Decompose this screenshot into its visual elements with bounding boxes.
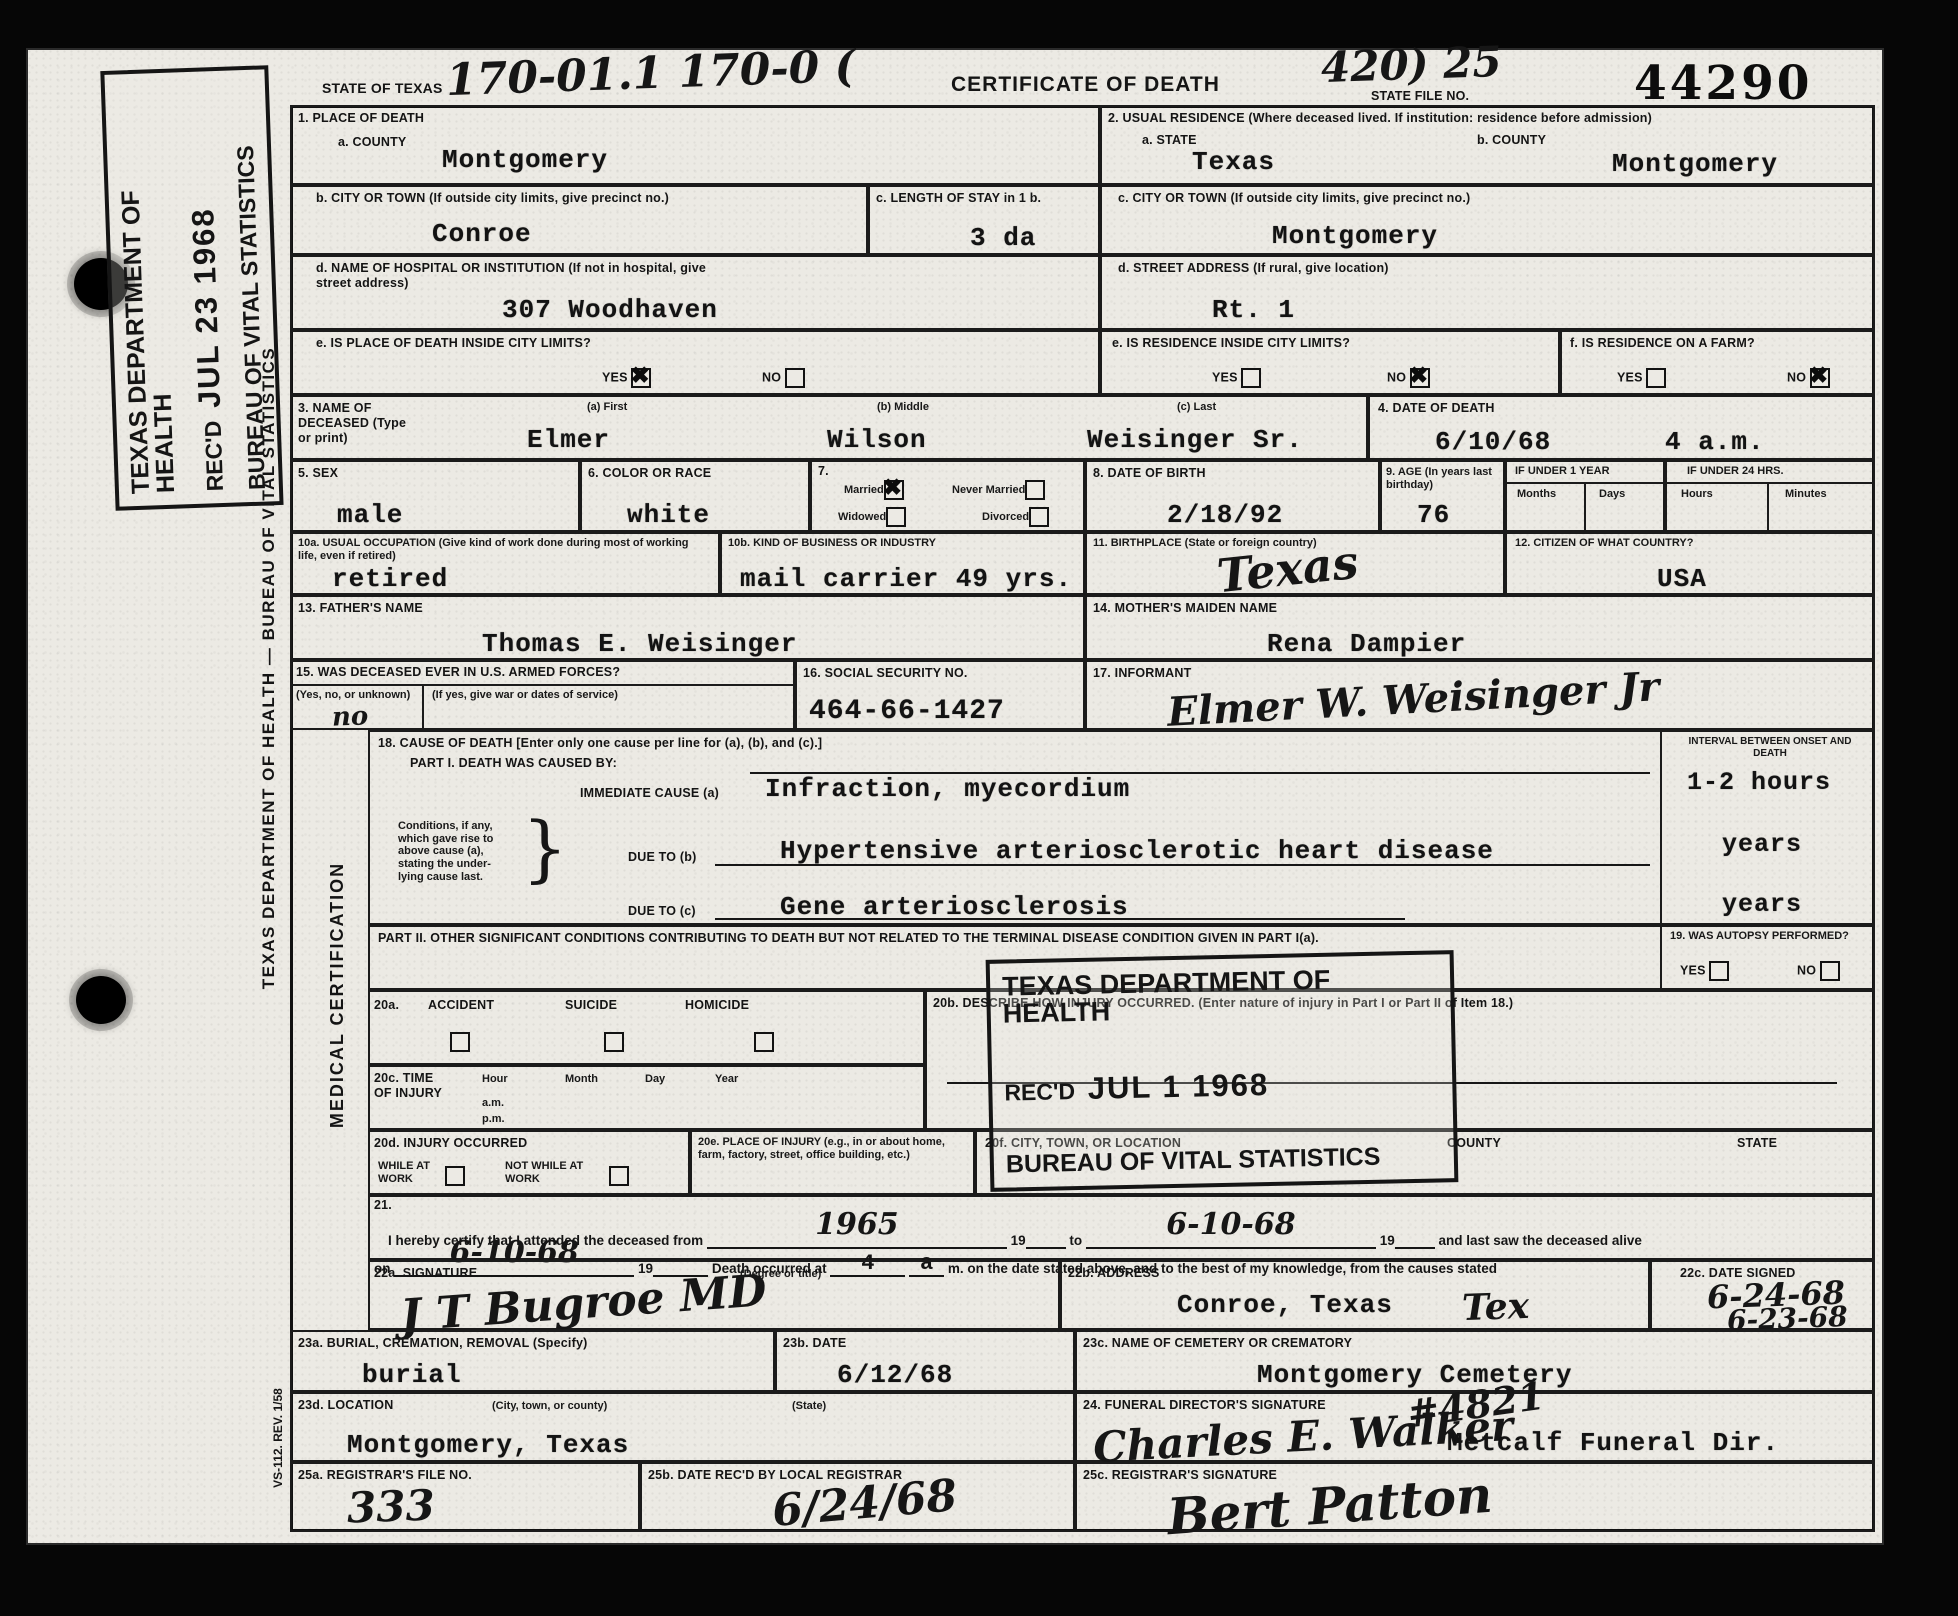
field-if-under-24-hrs: IF UNDER 24 HRS. Hours Minutes bbox=[1665, 460, 1875, 532]
field-street-address: d. STREET ADDRESS (If rural, give locati… bbox=[1100, 255, 1875, 330]
residence-farm-label: f. IS RESIDENCE ON A FARM? bbox=[1570, 336, 1755, 351]
field-cause-of-death: 18. CAUSE OF DEATH [Enter only one cause… bbox=[368, 730, 1662, 925]
citizen-value: USA bbox=[1657, 566, 1707, 592]
ssn-value: 464-66-1427 bbox=[809, 698, 1005, 726]
immediate-cause-value: Infraction, myecordium bbox=[765, 776, 1130, 802]
autopsy-no: NO bbox=[1797, 961, 1840, 981]
no-label: NO bbox=[1797, 963, 1816, 977]
due-to-c-label: DUE TO (c) bbox=[628, 904, 696, 919]
under-24-hrs-label: IF UNDER 24 HRS. bbox=[1687, 465, 1784, 478]
armed-forces-subrow: (Yes, no, or unknown) no (If yes, give w… bbox=[292, 684, 793, 730]
farm-no: NO bbox=[1787, 368, 1830, 388]
part1-label: PART I. DEATH WAS CAUSED BY: bbox=[410, 756, 617, 771]
suicide-label: SUICIDE bbox=[565, 998, 617, 1013]
widowed-label: Widowed bbox=[838, 511, 886, 523]
no-label: NO bbox=[762, 370, 781, 384]
field-death-inside-city-limits: e. IS PLACE OF DEATH INSIDE CITY LIMITS?… bbox=[290, 330, 1100, 395]
fathers-name-value: Thomas E. Weisinger bbox=[482, 631, 797, 657]
cause-a-line bbox=[750, 772, 1650, 774]
attended-to-value: 6-10-68 bbox=[1166, 1207, 1295, 1242]
field-injury-occurred: 20d. INJURY OCCURRED WHILE AT WORK NOT W… bbox=[368, 1130, 690, 1195]
field-residence-city: c. CITY OR TOWN (If outside city limits,… bbox=[1100, 185, 1875, 255]
field-kind-of-business: 10b. KIND OF BUSINESS OR INDUSTRY mail c… bbox=[720, 532, 1085, 595]
field-physician-address: 22b. ADDRESS Conroe, Texas Tex bbox=[1060, 1260, 1650, 1330]
state-sublabel: (State) bbox=[792, 1400, 826, 1413]
funeral-director-label: 24. FUNERAL DIRECTOR'S SIGNATURE bbox=[1083, 1398, 1326, 1413]
county-label: a. COUNTY bbox=[338, 135, 406, 150]
injury-occurred-label: 20d. INJURY OCCURRED bbox=[374, 1136, 527, 1151]
first-name-label: (a) First bbox=[587, 401, 627, 414]
stamp-date-text: REC'D JUL 1 1968 bbox=[1004, 1065, 1441, 1105]
field-usual-occupation: 10a. USUAL OCCUPATION (Give kind of work… bbox=[290, 532, 720, 595]
month-label: Month bbox=[565, 1073, 598, 1086]
middle-name-label: (b) Middle bbox=[877, 401, 929, 414]
field-burial-date: 23b. DATE 6/12/68 bbox=[775, 1330, 1075, 1392]
received-stamp-center: TEXAS DEPARTMENT OF HEALTH REC'D JUL 1 1… bbox=[986, 950, 1459, 1192]
field-city-or-town: b. CITY OR TOWN (If outside city limits,… bbox=[290, 185, 868, 255]
minutes-label: Minutes bbox=[1785, 488, 1827, 501]
city-value: Conroe bbox=[432, 221, 532, 247]
punch-hole-bottom bbox=[76, 976, 126, 1024]
armed-forces-value: no bbox=[331, 701, 368, 732]
form-code-caption: VS-112. REV. 1/58 bbox=[271, 1388, 285, 1488]
marital-number-label: 7. bbox=[818, 464, 829, 479]
left-margin-caption: TEXAS DEPARTMENT OF HEALTH — BUREAU OF V… bbox=[259, 347, 279, 990]
yes-checkbox bbox=[1241, 368, 1261, 388]
length-of-stay-label: c. LENGTH OF STAY in 1 b. bbox=[876, 191, 1076, 206]
yes-label: YES bbox=[1680, 963, 1706, 977]
armed-forces-sub2-label: (If yes, give war or dates of service) bbox=[432, 689, 662, 702]
not-while-at-work-label: NOT WHILE AT WORK bbox=[505, 1160, 585, 1185]
yes-label: YES bbox=[602, 370, 628, 384]
address-label: 22b. ADDRESS bbox=[1068, 1266, 1160, 1281]
handwritten-file-codes-left: 170-01.1 170-0 ( bbox=[445, 41, 856, 106]
field-residence-inside-city-limits: e. IS RESIDENCE INSIDE CITY LIMITS? YES … bbox=[1100, 330, 1560, 395]
married-label: Married bbox=[844, 484, 884, 496]
funeral-home-name: Metcalf Funeral Dir. bbox=[1447, 1430, 1779, 1456]
yes-checkbox bbox=[1709, 961, 1729, 981]
field-date-recd-registrar: 25b. DATE REC'D BY LOCAL REGISTRAR 6/24/… bbox=[640, 1462, 1075, 1532]
field-burial-location: 23d. LOCATION (City, town, or county) (S… bbox=[290, 1392, 1075, 1462]
age-value: 76 bbox=[1417, 502, 1450, 528]
no-checkbox bbox=[1410, 368, 1430, 388]
field-marital-status: 7. Married Never Married Widowed Divorce… bbox=[810, 460, 1085, 532]
armed-forces-sub1-label: (Yes, no, or unknown) bbox=[296, 689, 410, 702]
mothers-name-label: 14. MOTHER'S MAIDEN NAME bbox=[1093, 601, 1277, 616]
interval-b-value: years bbox=[1722, 832, 1802, 857]
no-checkbox bbox=[785, 368, 805, 388]
immediate-cause-label: IMMEDIATE CAUSE (a) bbox=[580, 786, 719, 801]
married-checkbox bbox=[884, 480, 904, 500]
conditions-note: Conditions, if any, which gave rise to a… bbox=[398, 820, 516, 883]
field-residence-on-farm: f. IS RESIDENCE ON A FARM? YES NO bbox=[1560, 330, 1875, 395]
street-address-value: Rt. 1 bbox=[1212, 297, 1295, 323]
field-informant: 17. INFORMANT Elmer W. Weisinger Jr bbox=[1085, 660, 1875, 730]
location-value: Montgomery, Texas bbox=[347, 1432, 629, 1458]
sex-value: male bbox=[337, 502, 403, 528]
stamp-date-value: JUL 23 1968 bbox=[185, 207, 227, 409]
field-color-or-race: 6. COLOR OR RACE white bbox=[580, 460, 810, 532]
field-armed-forces: 15. WAS DECEASED EVER IN U.S. ARMED FORC… bbox=[290, 660, 795, 730]
f20a-number: 20a. bbox=[374, 998, 399, 1013]
stamp-date-text: REC'D JUL 23 1968 bbox=[183, 83, 228, 492]
first-name-value: Elmer bbox=[527, 427, 610, 453]
residence-city-label: c. CITY OR TOWN (If outside city limits,… bbox=[1118, 191, 1470, 206]
last-name-label: (c) Last bbox=[1177, 401, 1216, 414]
field-birthplace: 11. BIRTHPLACE (State or foreign country… bbox=[1085, 532, 1505, 595]
due-to-b-label: DUE TO (b) bbox=[628, 850, 696, 865]
place-of-injury-label: 20e. PLACE OF INJURY (e.g., in or about … bbox=[698, 1136, 963, 1161]
field-social-security: 16. SOCIAL SECURITY NO. 464-66-1427 bbox=[795, 660, 1085, 730]
field-age: 9. AGE (In years last birthday) 76 bbox=[1380, 460, 1505, 532]
usual-residence-label: 2. USUAL RESIDENCE (Where deceased lived… bbox=[1108, 111, 1652, 126]
accident-checkbox bbox=[450, 1032, 470, 1052]
suicide-checkbox bbox=[604, 1032, 624, 1052]
burial-date-label: 23b. DATE bbox=[783, 1336, 846, 1351]
field-autopsy: 19. WAS AUTOPSY PERFORMED? YES NO bbox=[1660, 925, 1875, 990]
burial-date-value: 6/12/68 bbox=[837, 1362, 953, 1388]
time-of-injury-label: 20c. TIME OF INJURY bbox=[374, 1071, 454, 1101]
informant-label: 17. INFORMANT bbox=[1093, 666, 1191, 681]
homicide-checkbox bbox=[754, 1032, 774, 1052]
sex-label: 5. SEX bbox=[298, 466, 338, 481]
no-label: NO bbox=[1387, 370, 1406, 384]
occupation-label: 10a. USUAL OCCUPATION (Give kind of work… bbox=[298, 537, 698, 562]
field-mothers-maiden-name: 14. MOTHER'S MAIDEN NAME Rena Dampier bbox=[1085, 595, 1875, 660]
business-label: 10b. KIND OF BUSINESS OR INDUSTRY bbox=[728, 537, 936, 550]
place-of-death-label: 1. PLACE OF DEATH bbox=[298, 111, 424, 126]
city-town-county-sublabel: (City, town, or county) bbox=[492, 1400, 607, 1413]
field-fathers-name: 13. FATHER'S NAME Thomas E. Weisinger bbox=[290, 595, 1085, 660]
time-of-death-value: 4 a.m. bbox=[1665, 429, 1765, 455]
business-value: mail carrier 49 yrs. bbox=[740, 566, 1072, 592]
yes-checkbox bbox=[1646, 368, 1666, 388]
citizen-label: 12. CITIZEN OF WHAT COUNTRY? bbox=[1515, 537, 1693, 550]
field-burial-cremation: 23a. BURIAL, CREMATION, REMOVAL (Specify… bbox=[290, 1330, 775, 1392]
county-value: Montgomery bbox=[442, 147, 608, 173]
yes-label: YES bbox=[1617, 370, 1643, 384]
signature-label: 22a. SIGNATURE bbox=[374, 1266, 477, 1281]
middle-name-value: Wilson bbox=[827, 427, 927, 453]
length-of-stay-value: 3 da bbox=[970, 225, 1036, 251]
accident-label: ACCIDENT bbox=[428, 998, 494, 1013]
am-label: a.m. bbox=[482, 1097, 504, 1110]
city-label: b. CITY OR TOWN (If outside city limits,… bbox=[316, 191, 669, 206]
street-address-label: d. STREET ADDRESS (If rural, give locati… bbox=[1118, 261, 1389, 276]
field-date-signed: 22c. DATE SIGNED 6-24-68 6-23-68 bbox=[1650, 1260, 1875, 1330]
occupation-value: retired bbox=[332, 566, 448, 592]
residence-city-limits-label: e. IS RESIDENCE INSIDE CITY LIMITS? bbox=[1112, 336, 1350, 351]
divider bbox=[422, 686, 424, 730]
address-value: Conroe, Texas bbox=[1177, 1292, 1393, 1318]
date-of-birth-value: 2/18/92 bbox=[1167, 502, 1283, 528]
last-name-value: Weisinger Sr. bbox=[1087, 427, 1303, 453]
race-label: 6. COLOR OR RACE bbox=[588, 466, 711, 481]
residence-city-value: Montgomery bbox=[1272, 223, 1438, 249]
autopsy-yes: YES bbox=[1680, 961, 1729, 981]
injury-state-label: STATE bbox=[1737, 1136, 1777, 1151]
months-label: Months bbox=[1517, 488, 1556, 501]
field-citizen-of: 12. CITIZEN OF WHAT COUNTRY? USA bbox=[1505, 532, 1875, 595]
burial-value: burial bbox=[362, 1362, 462, 1388]
handwritten-file-codes-right: 420) 25 bbox=[1320, 37, 1502, 92]
hour-label: Hour bbox=[482, 1073, 508, 1086]
state-file-no-label: STATE FILE NO. bbox=[1371, 89, 1469, 104]
field-hospital-name: d. NAME OF HOSPITAL OR INSTITUTION (If n… bbox=[290, 255, 1100, 330]
field-sex: 5. SEX male bbox=[290, 460, 580, 532]
race-value: white bbox=[627, 502, 710, 528]
no-label: NO bbox=[1787, 370, 1806, 384]
location-label: 23d. LOCATION bbox=[298, 1398, 393, 1413]
registrar-file-value: 333 bbox=[346, 1480, 435, 1532]
interval-a-value: 1-2 hours bbox=[1687, 770, 1831, 795]
date-of-birth-label: 8. DATE OF BIRTH bbox=[1093, 466, 1206, 481]
field-place-of-death-county: 1. PLACE OF DEATH a. COUNTY Montgomery bbox=[290, 105, 1100, 185]
name-of-deceased-label: 3. NAME OF DECEASED (Type or print) bbox=[298, 401, 418, 446]
residence-limits-no: NO bbox=[1387, 368, 1430, 388]
interval-c-value: years bbox=[1722, 892, 1802, 917]
hospital-label: d. NAME OF HOSPITAL OR INSTITUTION (If n… bbox=[316, 261, 736, 291]
medical-certification-strip-line bbox=[368, 730, 370, 1260]
never-married-label: Never Married bbox=[952, 484, 1025, 496]
stamp-recd-label: REC'D bbox=[1004, 1078, 1075, 1105]
mothers-name-value: Rena Dampier bbox=[1267, 631, 1466, 657]
death-city-limits-no: NO bbox=[762, 368, 805, 388]
never-married-option: Never Married bbox=[952, 480, 1045, 500]
hours-label: Hours bbox=[1681, 488, 1713, 501]
date-of-death-label: 4. DATE OF DEATH bbox=[1378, 401, 1495, 416]
due-to-b-value: Hypertensive arteriosclerotic heart dise… bbox=[780, 838, 1494, 864]
field-certification-statement: 21. I hereby certify that I attended the… bbox=[368, 1195, 1875, 1260]
stamp-date-value: JUL 1 1968 bbox=[1087, 1067, 1269, 1106]
part2-label: PART II. OTHER SIGNIFICANT CONDITIONS CO… bbox=[378, 931, 1648, 946]
farm-yes: YES bbox=[1617, 368, 1666, 388]
residence-state-value: Texas bbox=[1192, 149, 1275, 175]
yes-label: YES bbox=[1212, 370, 1238, 384]
cemetery-label: 23c. NAME OF CEMETERY OR CREMATORY bbox=[1083, 1336, 1352, 1351]
divider bbox=[1584, 484, 1586, 532]
field-accident-suicide-homicide: 20a. ACCIDENT SUICIDE HOMICIDE bbox=[368, 990, 925, 1065]
death-city-limits-yes: YES bbox=[602, 368, 651, 388]
under-24-subgrid: Hours Minutes bbox=[1667, 482, 1873, 532]
autopsy-label: 19. WAS AUTOPSY PERFORMED? bbox=[1670, 930, 1860, 943]
age-label: 9. AGE (In years last birthday) bbox=[1386, 466, 1496, 491]
while-at-work-label: WHILE AT WORK bbox=[378, 1160, 448, 1185]
year-label: Year bbox=[715, 1073, 738, 1086]
divider bbox=[1767, 484, 1769, 532]
burial-label: 23a. BURIAL, CREMATION, REMOVAL (Specify… bbox=[298, 1336, 587, 1351]
field-time-of-injury: 20c. TIME OF INJURY Hour Month Day Year … bbox=[368, 1065, 925, 1130]
field-date-of-death: 4. DATE OF DEATH 6/10/68 4 a.m. bbox=[1368, 395, 1875, 460]
received-stamp-left: TEXAS DEPARTMENT OF HEALTH REC'D JUL 23 … bbox=[100, 65, 283, 511]
death-city-limits-label: e. IS PLACE OF DEATH INSIDE CITY LIMITS? bbox=[316, 336, 591, 351]
medical-certification-caption: MEDICAL CERTIFICATION bbox=[327, 862, 349, 1128]
certificate-number: 44290 bbox=[1634, 60, 1813, 107]
field-place-of-injury: 20e. PLACE OF INJURY (e.g., in or about … bbox=[690, 1130, 975, 1195]
cause-of-death-label: 18. CAUSE OF DEATH [Enter only one cause… bbox=[378, 736, 822, 751]
under-1-year-subgrid: Months Days bbox=[1507, 482, 1663, 532]
ssn-label: 16. SOCIAL SECURITY NO. bbox=[803, 666, 968, 681]
field-registrar-file-no: 25a. REGISTRAR'S FILE NO. 333 bbox=[290, 1462, 640, 1532]
residence-county-value: Montgomery bbox=[1612, 151, 1778, 177]
yes-checkbox bbox=[631, 368, 651, 388]
residence-state-label: a. STATE bbox=[1142, 133, 1197, 148]
while-at-work-checkbox bbox=[445, 1166, 465, 1186]
cause-c-line bbox=[715, 918, 1405, 920]
divorced-label: Divorced bbox=[982, 511, 1029, 523]
under-1-year-label: IF UNDER 1 YEAR bbox=[1515, 465, 1610, 478]
field-length-of-stay: c. LENGTH OF STAY in 1 b. 3 da bbox=[868, 185, 1100, 255]
due-to-c-value: Gene arteriosclerosis bbox=[780, 894, 1129, 920]
day-label: Day bbox=[645, 1073, 665, 1086]
field-funeral-director: 24. FUNERAL DIRECTOR'S SIGNATURE #4821 C… bbox=[1075, 1392, 1875, 1462]
widowed-checkbox bbox=[886, 507, 906, 527]
residence-limits-yes: YES bbox=[1212, 368, 1261, 388]
interval-column: INTERVAL BETWEEN ONSET AND DEATH 1-2 hou… bbox=[1660, 730, 1875, 925]
date-of-death-value: 6/10/68 bbox=[1435, 429, 1551, 455]
stamp-agency-text: TEXAS DEPARTMENT OF HEALTH bbox=[115, 85, 179, 494]
divorced-option: Divorced bbox=[982, 507, 1049, 527]
brace-glyph: } bbox=[522, 812, 568, 884]
no-checkbox bbox=[1810, 368, 1830, 388]
certificate-page: TEXAS DEPARTMENT OF HEALTH REC'D JUL 23 … bbox=[26, 48, 1884, 1545]
no-checkbox bbox=[1820, 961, 1840, 981]
residence-county-label: b. COUNTY bbox=[1477, 133, 1546, 148]
field-physician-signature: 22a. SIGNATURE (Degree or title) J T Bug… bbox=[368, 1260, 1060, 1330]
field-name-of-deceased: 3. NAME OF DECEASED (Type or print) (a) … bbox=[290, 395, 1368, 460]
informant-signature: Elmer W. Weisinger Jr bbox=[1166, 663, 1660, 736]
certificate-title: CERTIFICATE OF DEATH bbox=[951, 74, 1220, 95]
field-if-under-1-year: IF UNDER 1 YEAR Months Days bbox=[1505, 460, 1665, 532]
cause-b-line bbox=[715, 864, 1650, 866]
state-of-texas-label: STATE OF TEXAS bbox=[322, 80, 443, 97]
married-option: Married bbox=[844, 480, 904, 500]
interval-label: INTERVAL BETWEEN ONSET AND DEATH bbox=[1680, 736, 1860, 759]
homicide-label: HOMICIDE bbox=[685, 998, 749, 1013]
field-registrar-signature: 25c. REGISTRAR'S SIGNATURE Bert Patton bbox=[1075, 1462, 1875, 1532]
registrar-file-label: 25a. REGISTRAR'S FILE NO. bbox=[298, 1468, 472, 1483]
never-married-checkbox bbox=[1025, 480, 1045, 500]
attended-from-value: 1965 bbox=[815, 1207, 899, 1242]
pm-label: p.m. bbox=[482, 1113, 505, 1126]
scanned-death-certificate: { "header": { "state_label": "STATE OF T… bbox=[0, 0, 1958, 1616]
days-label: Days bbox=[1599, 488, 1625, 501]
field-date-of-birth: 8. DATE OF BIRTH 2/18/92 bbox=[1085, 460, 1380, 532]
stamp-agency-text: TEXAS DEPARTMENT OF HEALTH bbox=[1002, 964, 1439, 1027]
widowed-option: Widowed bbox=[838, 507, 906, 527]
hospital-value: 307 Woodhaven bbox=[502, 297, 718, 323]
divorced-checkbox bbox=[1029, 507, 1049, 527]
armed-forces-label: 15. WAS DECEASED EVER IN U.S. ARMED FORC… bbox=[296, 665, 620, 680]
fathers-name-label: 13. FATHER'S NAME bbox=[298, 601, 423, 616]
field-usual-residence: 2. USUAL RESIDENCE (Where deceased lived… bbox=[1100, 105, 1875, 185]
not-while-at-work-checkbox bbox=[609, 1166, 629, 1186]
address-handwritten: Tex bbox=[1461, 1285, 1529, 1329]
stamp-bureau-text: BUREAU OF VITAL STATISTICS bbox=[1006, 1143, 1442, 1177]
stamp-recd-label: REC'D bbox=[200, 420, 228, 492]
